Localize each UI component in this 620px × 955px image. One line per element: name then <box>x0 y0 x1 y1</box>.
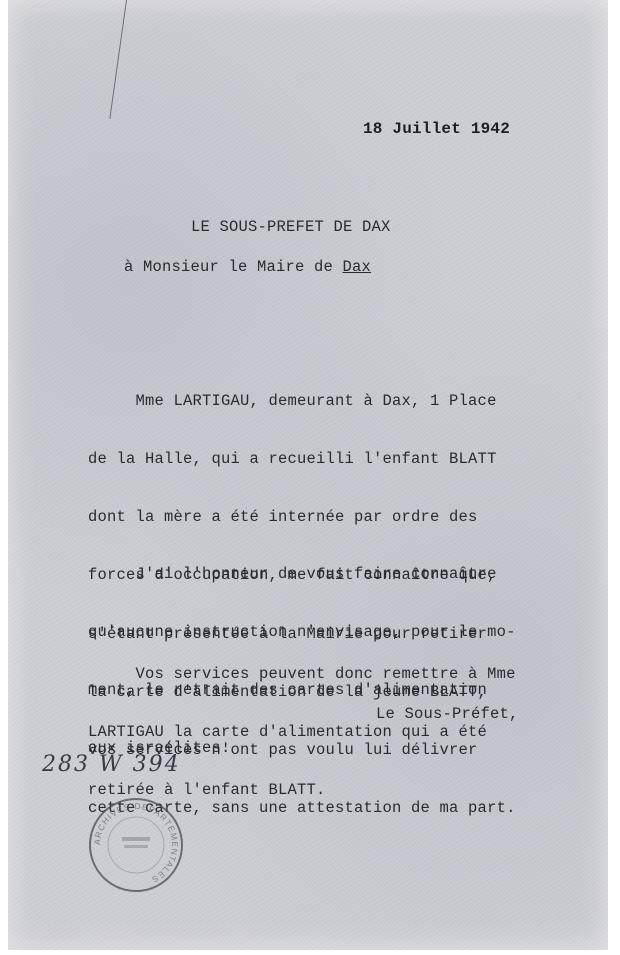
stamp-ring-text: ARCHIVES DEPARTEMENTALES <box>92 801 180 885</box>
recipient-line: à Monsieur le Maire de Dax <box>124 258 371 276</box>
signature-line: Le Sous-Préfet, <box>376 705 519 723</box>
text-line: J'ai l'honneur de vous faire connaître <box>88 565 516 584</box>
text-line: dont la mère a été internée par ordre de… <box>88 508 516 527</box>
fold-line <box>109 0 127 119</box>
document-page: 18 Juillet 1942 LE SOUS-PREFET DE DAX à … <box>8 0 608 950</box>
sender-heading: LE SOUS-PREFET DE DAX <box>191 218 391 236</box>
letter-date: 18 Juillet 1942 <box>363 120 510 138</box>
archive-reference: 283 W 394 <box>42 752 181 777</box>
text-line: LARTIGAU la carte d'alimentation qui a é… <box>88 723 516 742</box>
text-line: de la Halle, qui a recueilli l'enfant BL… <box>88 450 516 469</box>
svg-text:ARCHIVES DEPARTEMENTALES: ARCHIVES DEPARTEMENTALES <box>92 801 180 885</box>
recipient-city: Dax <box>343 258 372 276</box>
recipient-prefix: à Monsieur le Maire de <box>124 258 343 276</box>
archive-stamp-icon: ARCHIVES DEPARTEMENTALES <box>86 795 186 895</box>
text-line: Vos services peuvent donc remettre à Mme <box>88 665 516 684</box>
text-line: Mme LARTIGAU, demeurant à Dax, 1 Place <box>88 392 516 411</box>
